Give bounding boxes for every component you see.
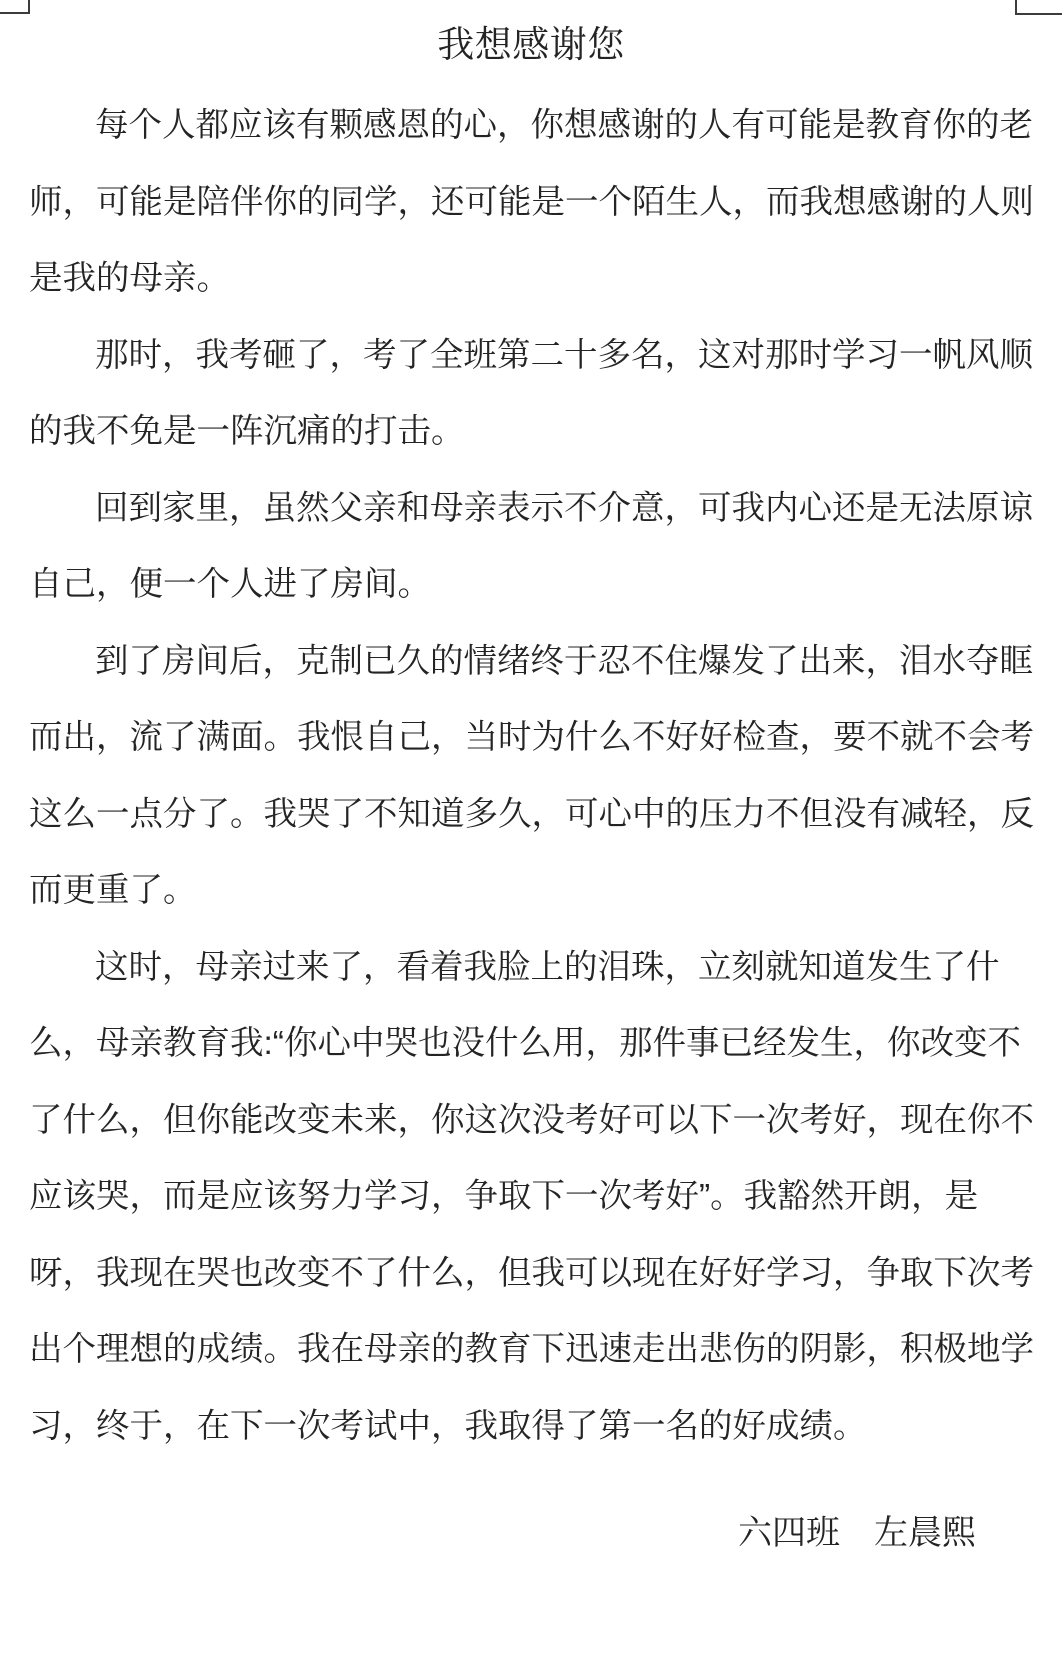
essay-line: 么，母亲教育我:“你心中哭也没什么用，那件事已经发生，你改变不: [29, 1006, 1034, 1083]
essay-line: 到了房间后，克制已久的情绪终于忍不住爆发了出来，泪水夺眶: [29, 624, 1034, 701]
essay-line: 而更重了。: [29, 853, 1034, 930]
essay-title: 我想感谢您: [0, 0, 1062, 68]
essay-line: 师，可能是陪伴你的同学，还可能是一个陌生人，而我想感谢的人则: [29, 165, 1034, 242]
essay-line: 回到家里，虽然父亲和母亲表示不介意，可我内心还是无法原谅: [29, 471, 1034, 548]
essay-paragraph: 回到家里，虽然父亲和母亲表示不介意，可我内心还是无法原谅 自己，便一个人进了房间…: [29, 471, 1034, 624]
essay-paragraph: 每个人都应该有颗感恩的心，你想感谢的人有可能是教育你的老 师，可能是陪伴你的同学…: [29, 88, 1034, 318]
essay-paragraph: 这时，母亲过来了，看着我脸上的泪珠，立刻就知道发生了什 么，母亲教育我:“你心中…: [29, 930, 1034, 1466]
essay-line: 那时，我考砸了，考了全班第二十多名，这对那时学习一帆风顺: [29, 318, 1034, 395]
essay-signature: 六四班 左晨熙: [0, 1495, 1062, 1572]
essay-line: 每个人都应该有颗感恩的心，你想感谢的人有可能是教育你的老: [29, 88, 1034, 165]
page-corner-mark-right-icon: [1015, 0, 1062, 15]
essay-line: 应该哭，而是应该努力学习，争取下一次考好”。我豁然开朗，是: [29, 1159, 1034, 1236]
page-corner-mark-left-icon: [0, 0, 30, 14]
essay-line: 是我的母亲。: [29, 241, 1034, 318]
essay-line: 习，终于，在下一次考试中，我取得了第一名的好成绩。: [29, 1389, 1034, 1466]
essay-line: 的我不免是一阵沉痛的打击。: [29, 394, 1034, 471]
document-page: 我想感谢您 每个人都应该有颗感恩的心，你想感谢的人有可能是教育你的老 师，可能是…: [0, 0, 1062, 1669]
essay-line: 了什么，但你能改变未来，你这次没考好可以下一次考好，现在你不: [29, 1083, 1034, 1160]
essay-paragraph: 到了房间后，克制已久的情绪终于忍不住爆发了出来，泪水夺眶 而出，流了满面。我恨自…: [29, 624, 1034, 930]
essay-body: 每个人都应该有颗感恩的心，你想感谢的人有可能是教育你的老 师，可能是陪伴你的同学…: [0, 88, 1062, 1465]
essay-line: 这时，母亲过来了，看着我脸上的泪珠，立刻就知道发生了什: [29, 930, 1034, 1007]
essay-line: 出个理想的成绩。我在母亲的教育下迅速走出悲伤的阴影，积极地学: [29, 1312, 1034, 1389]
essay-line: 自己，便一个人进了房间。: [29, 547, 1034, 624]
essay-line: 呀，我现在哭也改变不了什么，但我可以现在好好学习，争取下次考: [29, 1236, 1034, 1313]
essay-line: 这么一点分了。我哭了不知道多久，可心中的压力不但没有减轻，反: [29, 777, 1034, 854]
essay-line: 而出，流了满面。我恨自己，当时为什么不好好检查，要不就不会考: [29, 700, 1034, 777]
essay-paragraph: 那时，我考砸了，考了全班第二十多名，这对那时学习一帆风顺 的我不免是一阵沉痛的打…: [29, 318, 1034, 471]
